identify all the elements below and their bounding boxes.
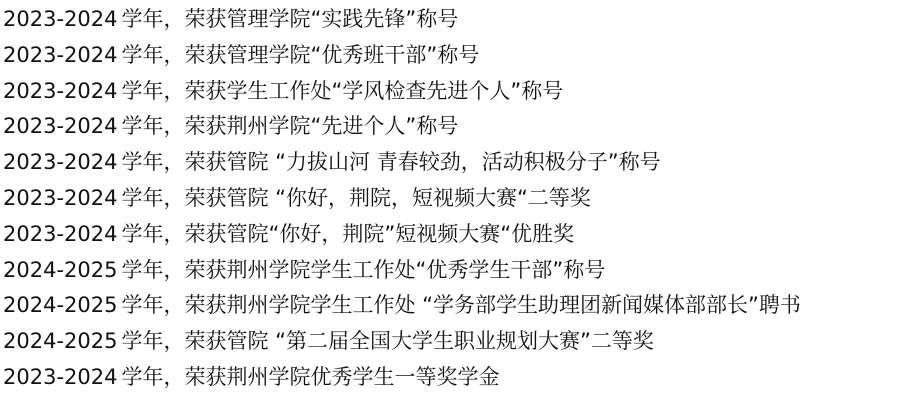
award-year: 2023-2024 <box>3 365 117 389</box>
award-text: 学年，荣获管院“你好，荆院”短视频大赛“优胜奖 <box>121 222 574 246</box>
award-year: 2023-2024 <box>3 7 117 31</box>
award-item: 2023-2024学年，荣获管院“你好，荆院”短视频大赛“优胜奖 <box>3 217 915 253</box>
award-item: 2023-2024学年，荣获管院 “力拔山河 青春较劲，活动积极分子”称号 <box>3 145 915 181</box>
award-text: 学年，荣获管理学院“实践先锋”称号 <box>121 7 458 31</box>
award-item: 2024-2025学年，荣获管院 “第二届全国大学生职业规划大赛”二等奖 <box>3 324 915 360</box>
award-text: 学年，荣获管院 “第二届全国大学生职业规划大赛”二等奖 <box>121 329 653 353</box>
award-item: 2024-2025学年，荣获荆州学院学生工作处“优秀学生干部”称号 <box>3 253 915 289</box>
award-item: 2023-2024学年，荣获管院 “你好，荆院，短视频大赛“二等奖 <box>3 181 915 217</box>
award-item: 2023-2024学年，荣获荆州学院“先进个人”称号 <box>3 109 915 145</box>
award-item: 2023-2024学年，荣获管理学院“实践先锋”称号 <box>3 2 915 38</box>
award-text: 学年，荣获学生工作处“学风检查先进个人”称号 <box>121 79 563 103</box>
award-year: 2024-2025 <box>3 293 117 317</box>
award-item: 2023-2024学年，荣获管理学院“优秀班干部”称号 <box>3 38 915 74</box>
award-year: 2024-2025 <box>3 258 117 282</box>
award-year: 2023-2024 <box>3 222 117 246</box>
award-year: 2023-2024 <box>3 150 117 174</box>
award-item: 2023-2024学年，荣获学生工作处“学风检查先进个人”称号 <box>3 74 915 110</box>
award-text: 学年，荣获荆州学院学生工作处 “学务部学生助理团新闻媒体部部长”聘书 <box>121 293 800 317</box>
awards-list: 2023-2024学年，荣获管理学院“实践先锋”称号 2023-2024学年，荣… <box>0 0 915 395</box>
award-year: 2023-2024 <box>3 114 117 138</box>
award-text: 学年，荣获管理学院“优秀班干部”称号 <box>121 43 479 67</box>
award-text: 学年，荣获荆州学院优秀学生一等奖学金 <box>121 365 499 389</box>
award-year: 2023-2024 <box>3 43 117 67</box>
award-item: 2023-2024学年，荣获荆州学院优秀学生一等奖学金 <box>3 360 915 395</box>
award-text: 学年，荣获管院 “你好，荆院，短视频大赛“二等奖 <box>121 186 590 210</box>
award-year: 2023-2024 <box>3 79 117 103</box>
award-text: 学年，荣获荆州学院学生工作处“优秀学生干部”称号 <box>121 258 605 282</box>
award-year: 2024-2025 <box>3 329 117 353</box>
award-text: 学年，荣获管院 “力拔山河 青春较劲，活动积极分子”称号 <box>121 150 660 174</box>
award-text: 学年，荣获荆州学院“先进个人”称号 <box>121 114 458 138</box>
award-item: 2024-2025学年，荣获荆州学院学生工作处 “学务部学生助理团新闻媒体部部长… <box>3 288 915 324</box>
award-year: 2023-2024 <box>3 186 117 210</box>
